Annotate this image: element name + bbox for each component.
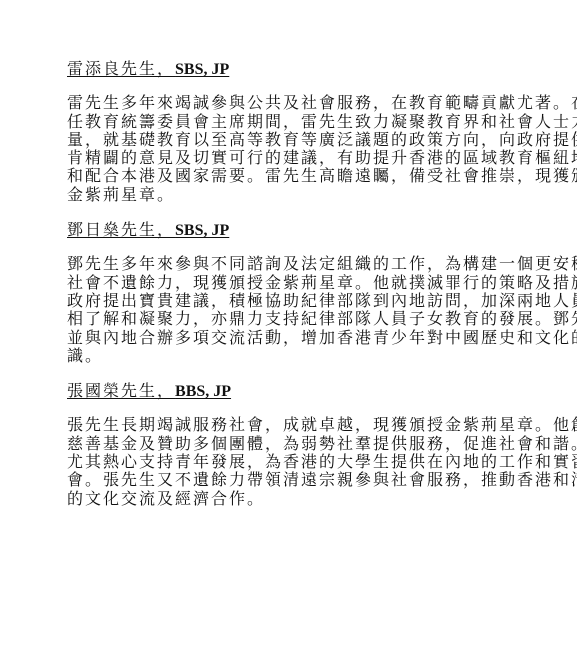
citation-line: 雷先生多年來竭誠參與公共及社會服務，在教育範疇貢獻尤著。在擔	[67, 95, 503, 113]
citation-line: 金紫荊星章。	[67, 187, 503, 205]
honoree-title: BBS, JP	[175, 383, 231, 400]
citation-line: 的文化交流及經濟合作。	[67, 491, 503, 509]
citation-line: 社會不遺餘力，現獲頒授金紫荊星章。他就撲滅罪行的策略及措施向	[67, 275, 503, 293]
honoree-section-lui: 雷添良先生，SBS, JP 雷先生多年來竭誠參與公共及社會服務，在教育範疇貢獻尤…	[67, 61, 507, 205]
citation-line: 並與內地合辦多項交流活動，增加香港青少年對中國歷史和文化的認	[67, 330, 503, 348]
citation-line: 慈善基金及贊助多個團體，為弱勢社羣提供服務，促進社會和諧。他	[67, 436, 503, 454]
honoree-name: 鄧日燊先生	[67, 222, 157, 239]
citation-line: 任教育統籌委員會主席期間，雷先生致力凝聚教育界和社會人士力	[67, 114, 503, 132]
honoree-title: SBS, JP	[175, 222, 229, 239]
citation-line: 肯精闢的意見及切實可行的建議，有助提升香港的區域教育樞紐地位	[67, 150, 503, 168]
honoree-citation: 張先生長期竭誠服務社會，成就卓越，現獲頒授金紫荊星章。他創辦 慈善基金及贊助多個…	[67, 417, 503, 508]
citation-line: 相了解和凝聚力，亦鼎力支持紀律部隊人員子女教育的發展。鄧先生	[67, 311, 503, 329]
honoree-heading: 張國榮先生，BBS, JP	[67, 383, 231, 401]
citation-line: 會。張先生又不遺餘力帶領清遠宗親參與社會服務，推動香港和清遠	[67, 472, 503, 490]
citation-line: 量，就基礎教育以至高等教育等廣泛議題的政策方向，向政府提供中	[67, 132, 503, 150]
citation-line: 鄧先生多年來參與不同諮詢及法定組織的工作，為構建一個更安穩的	[67, 256, 503, 274]
honoree-name: 張國榮先生	[67, 383, 157, 400]
honoree-title: SBS, JP	[175, 61, 229, 78]
honoree-citation: 鄧先生多年來參與不同諮詢及法定組織的工作，為構建一個更安穩的 社會不遺餘力，現獲…	[67, 256, 503, 366]
heading-separator: ，	[157, 222, 175, 239]
citation-line: 識。	[67, 348, 503, 366]
honoree-heading: 雷添良先生，SBS, JP	[67, 61, 229, 79]
citation-line: 張先生長期竭誠服務社會，成就卓越，現獲頒授金紫荊星章。他創辦	[67, 417, 503, 435]
honoree-section-cheung: 張國榮先生，BBS, JP 張先生長期竭誠服務社會，成就卓越，現獲頒授金紫荊星章…	[67, 383, 507, 509]
citation-line: 政府提出寶貴建議，積極協助紀律部隊到內地訪問，加深兩地人員互	[67, 293, 503, 311]
honoree-section-tang: 鄧日燊先生，SBS, JP 鄧先生多年來參與不同諮詢及法定組織的工作，為構建一個…	[67, 222, 507, 366]
heading-separator: ，	[157, 383, 175, 400]
document-page: 雷添良先生，SBS, JP 雷先生多年來竭誠參與公共及社會服務，在教育範疇貢獻尤…	[67, 61, 507, 526]
citation-line: 尤其熱心支持青年發展，為香港的大學生提供在內地的工作和實習機	[67, 454, 503, 472]
citation-line: 和配合本港及國家需要。雷先生高瞻遠矚，備受社會推崇，現獲頒授	[67, 168, 503, 186]
honoree-citation: 雷先生多年來竭誠參與公共及社會服務，在教育範疇貢獻尤著。在擔 任教育統籌委員會主…	[67, 95, 503, 205]
heading-separator: ，	[157, 61, 175, 78]
honoree-heading: 鄧日燊先生，SBS, JP	[67, 222, 229, 240]
honoree-name: 雷添良先生	[67, 61, 157, 78]
